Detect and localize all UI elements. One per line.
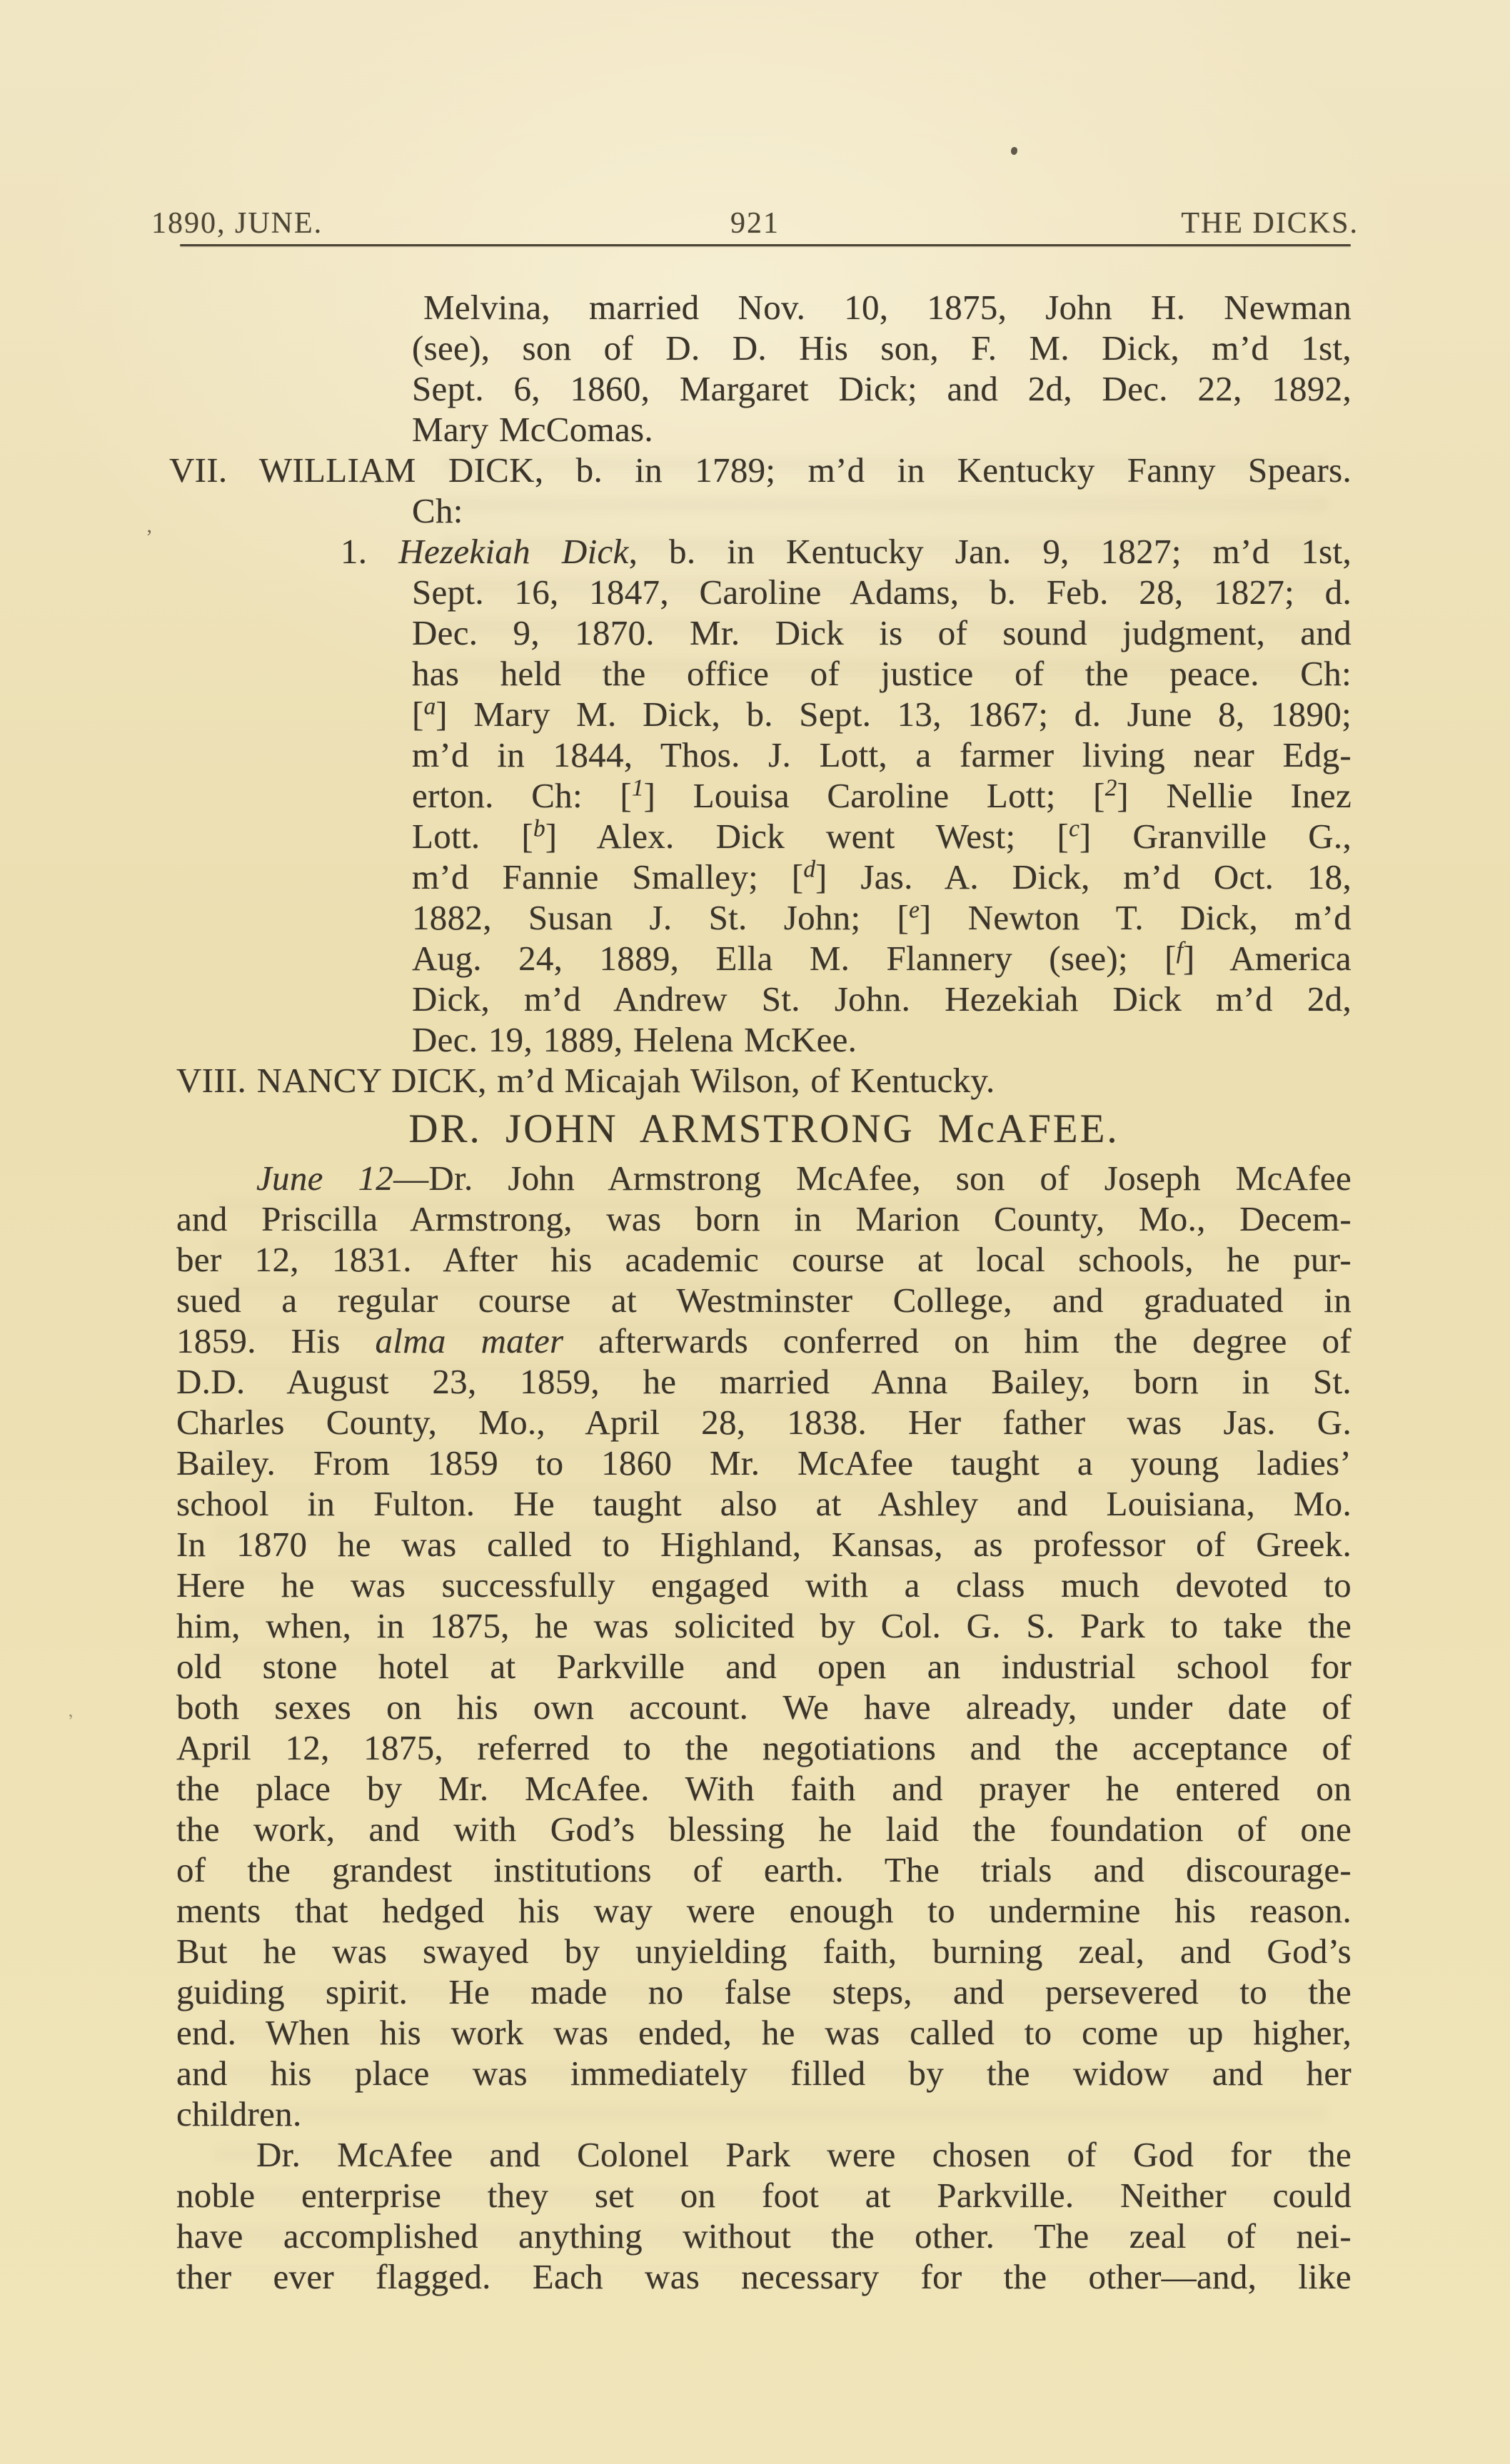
text-line: m’d in 1844, Thos. J. Lott, a farmer liv… bbox=[412, 734, 1352, 775]
text-line: Dick, m’d Andrew St. John. Hezekiah Dick… bbox=[412, 979, 1352, 1019]
text-line: VII. WILLIAM DICK, b. in 1789; m’d in Ke… bbox=[169, 450, 1352, 490]
entry-1-hezekiah-dick: 1. Hezekiah Dick, b. in Kentucky Jan. 9,… bbox=[412, 531, 1352, 1060]
text-line: have accomplished anything without the o… bbox=[176, 2216, 1352, 2256]
text-line: 1859. His alma mater afterwards conferre… bbox=[176, 1321, 1352, 1361]
mcafee-paragraph-1: June 12—Dr. John Armstrong McAfee, son o… bbox=[176, 1158, 1352, 2134]
text-line: 1. Hezekiah Dick, b. in Kentucky Jan. 9,… bbox=[341, 531, 1352, 572]
text-line: Melvina, married Nov. 10, 1875, John H. … bbox=[412, 287, 1352, 328]
text-line: has held the office of justice of the pe… bbox=[412, 653, 1352, 694]
text-line: Lott. [b] Alex. Dick went West; [c] Gran… bbox=[412, 816, 1352, 857]
text-line: April 12, 1875, referred to the negotiat… bbox=[176, 1727, 1352, 1768]
header-rule bbox=[180, 244, 1351, 246]
text-line: Aug. 24, 1889, Ella M. Flannery (see); [… bbox=[412, 938, 1352, 979]
text-line: the work, and with God’s blessing he lai… bbox=[176, 1809, 1352, 1849]
text-line: and Priscilla Armstrong, was born in Mar… bbox=[176, 1198, 1352, 1239]
book-page: 1890, JUNE. 921 THE DICKS. Melvina, marr… bbox=[0, 0, 1510, 2464]
text-line: Dec. 9, 1870. Mr. Dick is of sound judgm… bbox=[412, 612, 1352, 653]
text-line: 1882, Susan J. St. John; [e] Newton T. D… bbox=[412, 897, 1352, 938]
text-line: old stone hotel at Parkville and open an… bbox=[176, 1646, 1352, 1687]
text-line: In 1870 he was called to Highland, Kansa… bbox=[176, 1524, 1352, 1565]
text-line: ther ever flagged. Each was necessary fo… bbox=[176, 2256, 1352, 2297]
children-label: Ch: bbox=[412, 490, 1352, 531]
entry-melvina-continuation: Melvina, married Nov. 10, 1875, John H. … bbox=[412, 287, 1352, 450]
ink-speck bbox=[1011, 147, 1017, 155]
text-line: ments that hedged his way were enough to… bbox=[176, 1890, 1352, 1931]
text-line: [a] Mary M. Dick, b. Sept. 13, 1867; d. … bbox=[412, 694, 1352, 734]
text-line: Dr. McAfee and Colonel Park were chosen … bbox=[176, 2134, 1352, 2175]
entry-viii-nancy-dick: VIII. NANCY DICK, m’d Micajah Wilson, of… bbox=[176, 1060, 1352, 1101]
mcafee-paragraph-2: Dr. McAfee and Colonel Park were chosen … bbox=[176, 2134, 1352, 2297]
text-line: m’d Fannie Smalley; [d] Jas. A. Dick, m’… bbox=[412, 857, 1352, 897]
text-line: noble enterprise they set on foot at Par… bbox=[176, 2175, 1352, 2216]
text-line: Sept. 6, 1860, Margaret Dick; and 2d, De… bbox=[412, 368, 1352, 409]
text-line: Dec. 19, 1889, Helena McKee. bbox=[412, 1019, 1352, 1060]
text-line: of the grandest institutions of earth. T… bbox=[176, 1849, 1352, 1890]
text-line: Here he was successfully engaged with a … bbox=[176, 1565, 1352, 1605]
text-line: Bailey. From 1859 to 1860 Mr. McAfee tau… bbox=[176, 1443, 1352, 1483]
section-heading-mcafee: DR. JOHN ARMSTRONG McAFEE. bbox=[176, 1106, 1352, 1152]
ink-speck: ’ bbox=[146, 527, 153, 548]
text-line: him, when, in 1875, he was solicited by … bbox=[176, 1605, 1352, 1646]
text-line: end. When his work was ended, he was cal… bbox=[176, 2012, 1352, 2053]
text-line: and his place was immediately filled by … bbox=[176, 2053, 1352, 2094]
text-line: But he was swayed by unyielding faith, b… bbox=[176, 1931, 1352, 1971]
text-line: the place by Mr. McAfee. With faith and … bbox=[176, 1768, 1352, 1809]
text-line: ber 12, 1831. After his academic course … bbox=[176, 1239, 1352, 1280]
text-line: VIII. NANCY DICK, m’d Micajah Wilson, of… bbox=[176, 1060, 1352, 1101]
running-header: 1890, JUNE. 921 THE DICKS. bbox=[151, 207, 1359, 243]
ink-speck: ’ bbox=[66, 1710, 77, 1732]
text-line: Mary McComas. bbox=[412, 409, 1352, 450]
text-line: Ch: bbox=[412, 490, 1352, 531]
text-line: both sexes on his own account. We have a… bbox=[176, 1687, 1352, 1727]
running-header-date: 1890, JUNE. bbox=[151, 207, 323, 240]
text-line: guiding spirit. He made no false steps, … bbox=[176, 1971, 1352, 2012]
text-line: sued a regular course at Westminster Col… bbox=[176, 1280, 1352, 1321]
text-line: Sept. 16, 1847, Caroline Adams, b. Feb. … bbox=[412, 572, 1352, 612]
text-line: Charles County, Mo., April 28, 1838. Her… bbox=[176, 1402, 1352, 1443]
page-number: 921 bbox=[730, 207, 780, 240]
text-line: (see), son of D. D. His son, F. M. Dick,… bbox=[412, 328, 1352, 368]
text-line: June 12—Dr. John Armstrong McAfee, son o… bbox=[176, 1158, 1352, 1198]
text-line: D.D. August 23, 1859, he married Anna Ba… bbox=[176, 1361, 1352, 1402]
entry-vii-william-dick: VII. WILLIAM DICK, b. in 1789; m’d in Ke… bbox=[169, 450, 1352, 490]
text-line: children. bbox=[176, 2094, 1352, 2134]
text-line: school in Fulton. He taught also at Ashl… bbox=[176, 1483, 1352, 1524]
text-line: erton. Ch: [1] Louisa Caroline Lott; [2]… bbox=[412, 775, 1352, 816]
text-column: Melvina, married Nov. 10, 1875, John H. … bbox=[176, 287, 1352, 2297]
running-header-title: THE DICKS. bbox=[1181, 207, 1359, 240]
